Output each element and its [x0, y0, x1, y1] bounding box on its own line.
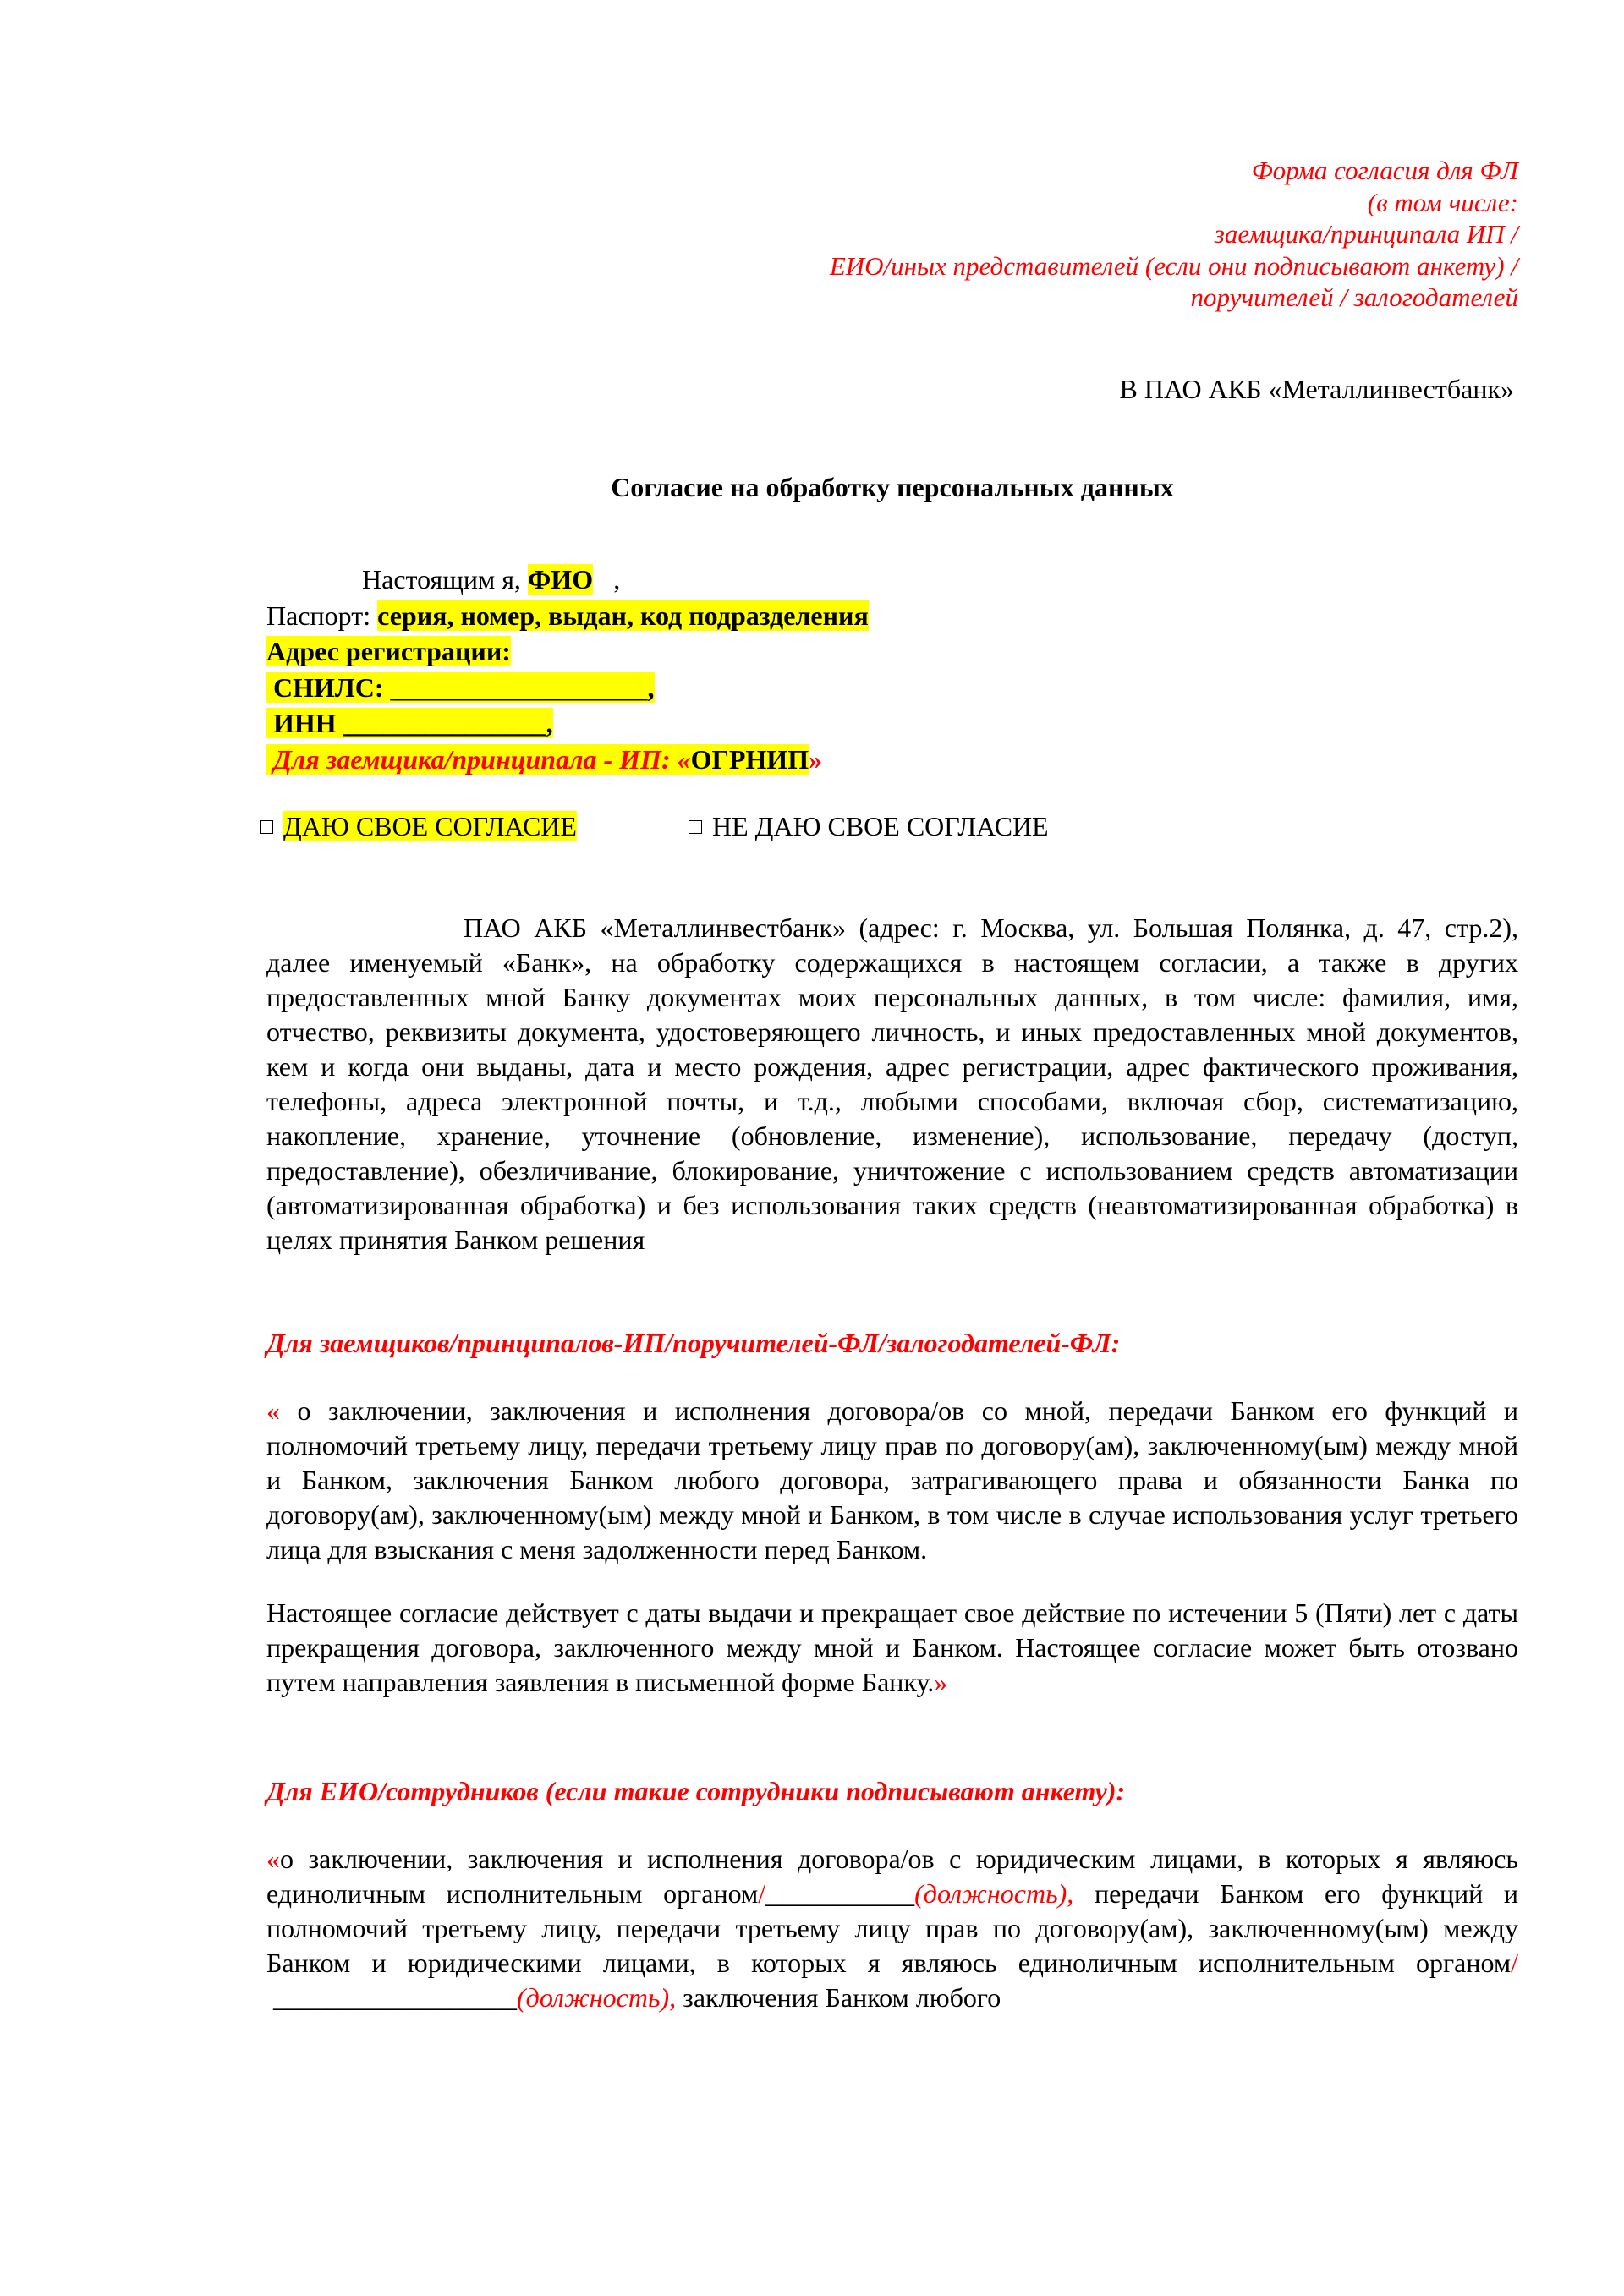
form-note-line: Форма согласия для ФЛ — [830, 155, 1518, 187]
section-heading-borrowers: Для заемщиков/принципалов-ИП/поручителей… — [266, 1326, 1120, 1361]
form-note-line: ЕИО/иных представителей (если они подпис… — [830, 250, 1518, 282]
inn-field[interactable]: ИНН _______________, — [266, 708, 553, 738]
fio-field[interactable]: ФИО — [528, 564, 593, 595]
document-title: Согласие на обработку персональных данны… — [266, 470, 1518, 504]
passport-row: Паспорт: серия, номер, выдан, код подраз… — [266, 598, 869, 634]
validity-text: Настоящее согласие действует с даты выда… — [266, 1597, 1518, 1697]
section-heading-executives: Для ЕИО/сотрудников (если такие сотрудни… — [266, 1774, 1125, 1809]
close-quote: » — [934, 1667, 947, 1697]
checkbox-empty-icon[interactable] — [260, 820, 273, 834]
agree-option[interactable]: ДАЮ СВОЕ СОГЛАСИЕ — [260, 808, 577, 845]
section-borrowers-text: « о заключении, заключения и исполнения … — [266, 1394, 1518, 1567]
form-note-line: поручителей / залогодателей — [830, 282, 1518, 314]
personal-fields: Настоящим я, ФИО , Паспорт: серия, номер… — [266, 562, 869, 777]
checkbox-empty-icon[interactable] — [689, 820, 702, 834]
passport-field[interactable]: серия, номер, выдан, код подразделения — [377, 600, 869, 631]
main-paragraph: ПАО АКБ «Металлинвестбанк» (адрес: г. Мо… — [266, 911, 1518, 1258]
form-note-line: (в том числе: — [830, 187, 1518, 219]
position-blank-1[interactable]: ___________ — [765, 1878, 914, 1909]
section-executives-text: «о заключении, заключения и исполнения д… — [266, 1842, 1518, 2015]
intro-suffix: , — [593, 564, 620, 595]
ogrnip-row: Для заемщика/принципала - ИП: «ОГРНИП» — [266, 742, 869, 778]
intro-prefix: Настоящим я, — [362, 564, 528, 595]
addressee: В ПАО АКБ «Металлинвестбанк» — [1120, 372, 1514, 406]
disagree-label: НЕ ДАЮ СВОЕ СОГЛАСИЕ — [712, 811, 1049, 841]
snils-field[interactable]: СНИЛС: ___________________, — [266, 672, 655, 703]
position-label-2: (должность), — [517, 1982, 676, 2013]
agree-label: ДАЮ СВОЕ СОГЛАСИЕ — [283, 811, 577, 841]
inn-row: ИНН _______________, — [266, 705, 869, 742]
validity-paragraph: Настоящее согласие действует с даты выда… — [266, 1596, 1518, 1700]
slash: / — [758, 1878, 765, 1909]
section-executives-part3: заключения Банком любого — [676, 1982, 1001, 2013]
address-field[interactable]: Адрес регистрации: — [266, 636, 511, 666]
ogrnip-label: Для заемщика/принципала - ИП: « — [266, 744, 691, 775]
snils-row: СНИЛС: ___________________, — [266, 670, 869, 706]
address-row: Адрес регистрации: — [266, 633, 869, 670]
open-quote: « — [266, 1844, 280, 1874]
fio-row: Настоящим я, ФИО , — [266, 562, 869, 598]
disagree-option[interactable]: НЕ ДАЮ СВОЕ СОГЛАСИЕ — [689, 808, 1049, 845]
passport-label: Паспорт: — [266, 600, 377, 631]
open-quote: « — [266, 1395, 280, 1426]
slash: / — [1511, 1948, 1518, 1978]
section-borrowers-body: о заключении, заключения и исполнения до… — [266, 1395, 1518, 1564]
position-label-1: (должность), — [914, 1878, 1073, 1909]
position-blank-2[interactable]: __________________ — [266, 1982, 517, 2013]
form-note-line: заемщика/принципала ИП / — [830, 218, 1518, 250]
ogrnip-close-quote: » — [809, 744, 822, 775]
form-type-note: Форма согласия для ФЛ (в том числе: заем… — [830, 155, 1518, 314]
ogrnip-field[interactable]: ОГРНИП — [691, 744, 809, 775]
